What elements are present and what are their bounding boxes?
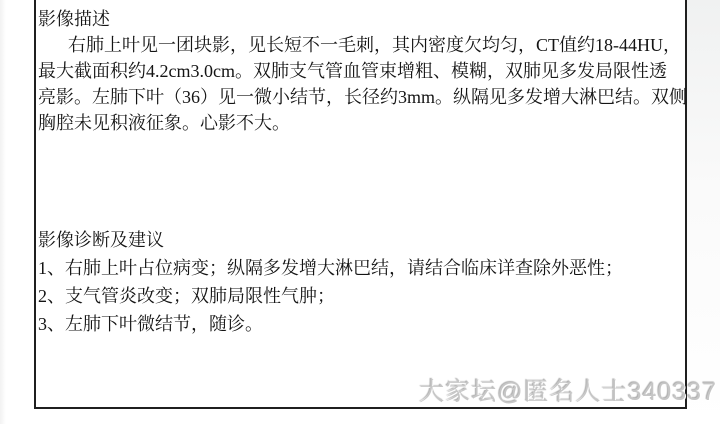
description-line-2: 最大截面积约4.2cm3.0cm。双肺支气管血管束增粗、模糊，双肺见多发局限性透 <box>38 58 683 84</box>
watermark: 大家坛@匿名人士340337 <box>419 372 717 408</box>
table-left-border <box>34 0 36 409</box>
diagnosis-section: 影像诊断及建议 1、右肺上叶占位病变；纵隔多发增大淋巴结，请结合临床详查除外恶性… <box>38 226 683 338</box>
diagnosis-item-3: 3、左肺下叶微结节，随诊。 <box>38 310 683 338</box>
description-section: 影像描述 右肺上叶见一团块影，见长短不一毛刺，其内密度欠均匀，CT值约18-44… <box>38 6 683 136</box>
description-line-3: 亮影。左肺下叶（36）见一微小结节，长径约3mm。纵隔见多发增大淋巴结。双侧 <box>38 84 683 110</box>
table-right-border <box>685 0 687 409</box>
description-line-4: 胸腔未见积液征象。心影不大。 <box>38 110 683 136</box>
description-line-1: 右肺上叶见一团块影，见长短不一毛刺，其内密度欠均匀，CT值约18-44HU， <box>38 32 683 58</box>
description-heading: 影像描述 <box>38 6 683 32</box>
report-page: 影像描述 右肺上叶见一团块影，见长短不一毛刺，其内密度欠均匀，CT值约18-44… <box>0 0 720 424</box>
page-right-margin <box>687 0 720 424</box>
diagnosis-heading: 影像诊断及建议 <box>38 226 683 254</box>
diagnosis-item-2: 2、支气管炎改变；双肺局限性气肿； <box>38 282 683 310</box>
diagnosis-item-1: 1、右肺上叶占位病变；纵隔多发增大淋巴结，请结合临床详查除外恶性； <box>38 254 683 282</box>
page-left-margin <box>0 0 34 424</box>
